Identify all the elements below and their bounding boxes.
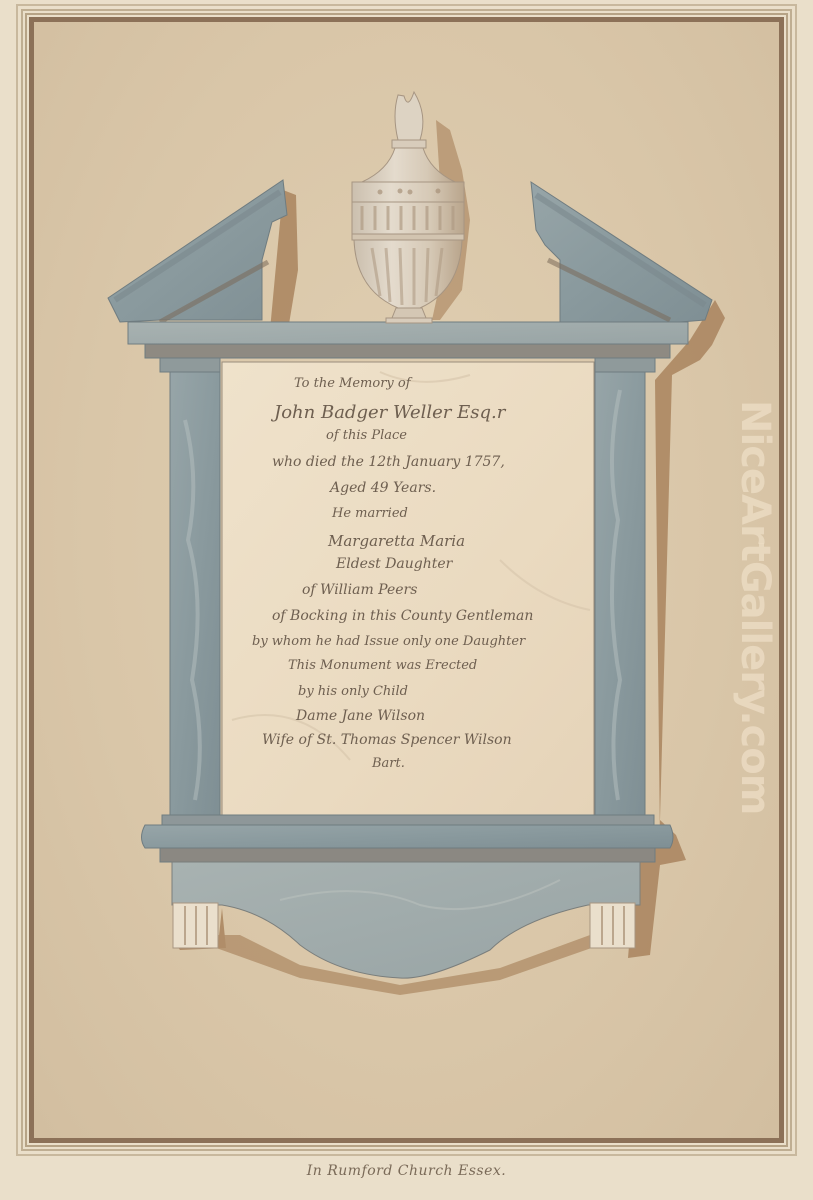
inscription-line: He married bbox=[332, 506, 408, 521]
broken-pediment-left bbox=[108, 180, 287, 322]
inscription-line: Bart. bbox=[372, 756, 405, 771]
broken-pediment-right bbox=[531, 182, 712, 322]
inscription-line: Aged 49 Years. bbox=[330, 480, 436, 496]
inscription-line: Dame Jane Wilson bbox=[296, 708, 425, 724]
caption: In Rumford Church Essex. bbox=[0, 1163, 813, 1179]
corbel-left bbox=[173, 903, 218, 948]
inscription-line: of this Place bbox=[326, 428, 407, 443]
inscription-text: To the Memory of John Badger Weller Esq.… bbox=[222, 362, 594, 820]
pilaster-left bbox=[160, 358, 220, 817]
apron bbox=[172, 862, 640, 978]
base-cornice bbox=[142, 815, 674, 862]
inscription-line: This Monument was Erected bbox=[288, 658, 477, 673]
inscription-line: John Badger Weller Esq.r bbox=[274, 402, 505, 423]
pilaster-right bbox=[595, 358, 655, 817]
watermark: NiceArtGallery.com bbox=[735, 400, 775, 800]
corbel-right bbox=[590, 903, 635, 948]
inscription-line: To the Memory of bbox=[294, 376, 411, 391]
inscription-line: of Bocking in this County Gentleman bbox=[272, 608, 533, 624]
entablature bbox=[128, 322, 688, 358]
inscription-line: by his only Child bbox=[298, 684, 408, 699]
inscription-line: who died the 12th January 1757, bbox=[272, 454, 505, 470]
inscription-line: Wife of St. Thomas Spencer Wilson bbox=[262, 732, 512, 748]
inscription-line: Eldest Daughter bbox=[336, 556, 452, 572]
inscription-line: Margaretta Maria bbox=[328, 532, 465, 550]
inscription-line: of William Peers bbox=[302, 582, 417, 598]
inscription-line: by whom he had Issue only one Daughter bbox=[252, 634, 525, 649]
